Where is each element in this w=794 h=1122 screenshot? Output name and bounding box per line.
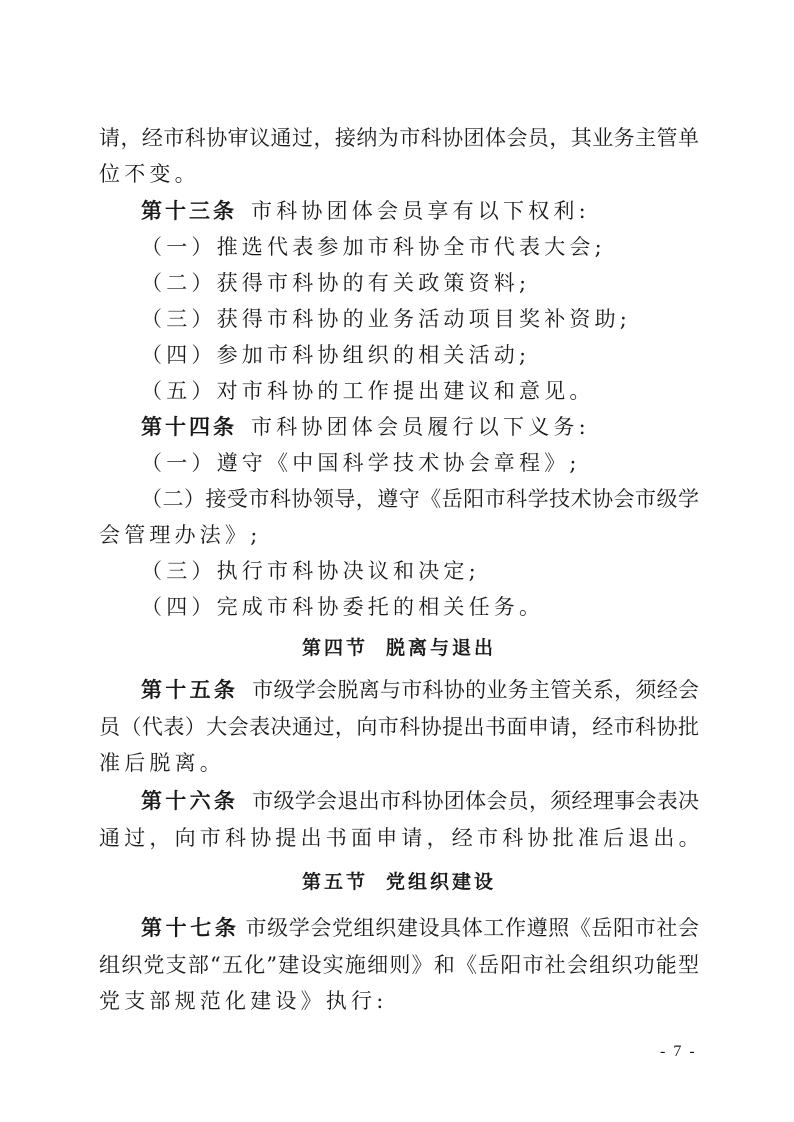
list-item: （三）执行市科协决议和决定; [141,557,699,585]
article-17: 第十七条市级学会党组织建设具体工作遵照《岳阳市社会 [141,914,699,942]
list-item: （一）遵守《中国科学技术协会章程》; [141,449,699,477]
article-13: 第十三条市科协团体会员享有以下权利: [141,197,699,225]
list-item: （二）接受市科协领导，遵守《岳阳市科学技术协会市级学 [141,485,699,513]
page-number: - 7 - [660,1043,697,1061]
section-heading: 第四节脱离与退出 [99,634,699,662]
paragraph-line: 党支部规范化建设》执行: [99,987,699,1015]
article-number: 第十四条 [141,414,237,439]
section-number: 第五节 [302,871,368,893]
article-text: 市级学会退出市科协团体会员，须经理事会表决 [252,789,699,813]
section-title: 脱离与退出 [386,637,496,659]
article-14: 第十四条市科协团体会员履行以下义务: [141,413,699,441]
article-16: 第十六条市级学会退出市科协团体会员，须经理事会表决 [141,787,699,815]
article-number: 第十七条 [141,915,240,940]
list-item: （五）对市科协的工作提出建议和意见。 [141,377,699,405]
paragraph-line: 会管理办法》; [99,521,699,549]
list-item: （二）获得市科协的有关政策资料; [141,269,699,297]
paragraph-line: 通过，向市科协提出书面申请，经市科协批准后退出。 [99,824,699,852]
article-text: 市科协团体会员履行以下义务: [251,415,590,439]
article-15: 第十五条市级学会脱离与市科协的业务主管关系，须经会 [141,676,699,704]
paragraph-line: 请，经市科协审议通过，接纳为市科协团体会员，其业务主管单 [99,124,699,152]
article-text: 市级学会党组织建设具体工作遵照《岳阳市社会 [246,916,700,940]
paragraph-line: 位不变。 [99,160,699,188]
article-text: 市科协团体会员享有以下权利: [251,199,590,223]
section-title: 党组织建设 [386,871,496,893]
paragraph-line: 准后脱离。 [99,749,699,777]
article-number: 第十三条 [141,198,237,223]
article-number: 第十六条 [141,788,238,813]
paragraph-line: 组织党支部“五化”建设实施细则》和《岳阳市社会组织功能型 [99,951,699,979]
article-number: 第十五条 [141,677,238,702]
list-item: （三）获得市科协的业务活动项目奖补资助; [141,305,699,333]
list-item: （一）推选代表参加市科协全市代表大会; [141,233,699,261]
section-heading: 第五节党组织建设 [99,868,699,896]
document-page: 请，经市科协审议通过，接纳为市科协团体会员，其业务主管单 位不变。 第十三条市科… [0,0,794,1122]
section-number: 第四节 [302,637,368,659]
article-text: 市级学会脱离与市科协的业务主管关系，须经会 [252,678,699,702]
list-item: （四）参加市科协组织的相关活动; [141,341,699,369]
list-item: （四）完成市科协委托的相关任务。 [141,593,699,621]
paragraph-line: 员（代表）大会表决通过，向市科协提出书面申请，经市科协批 [99,713,699,741]
